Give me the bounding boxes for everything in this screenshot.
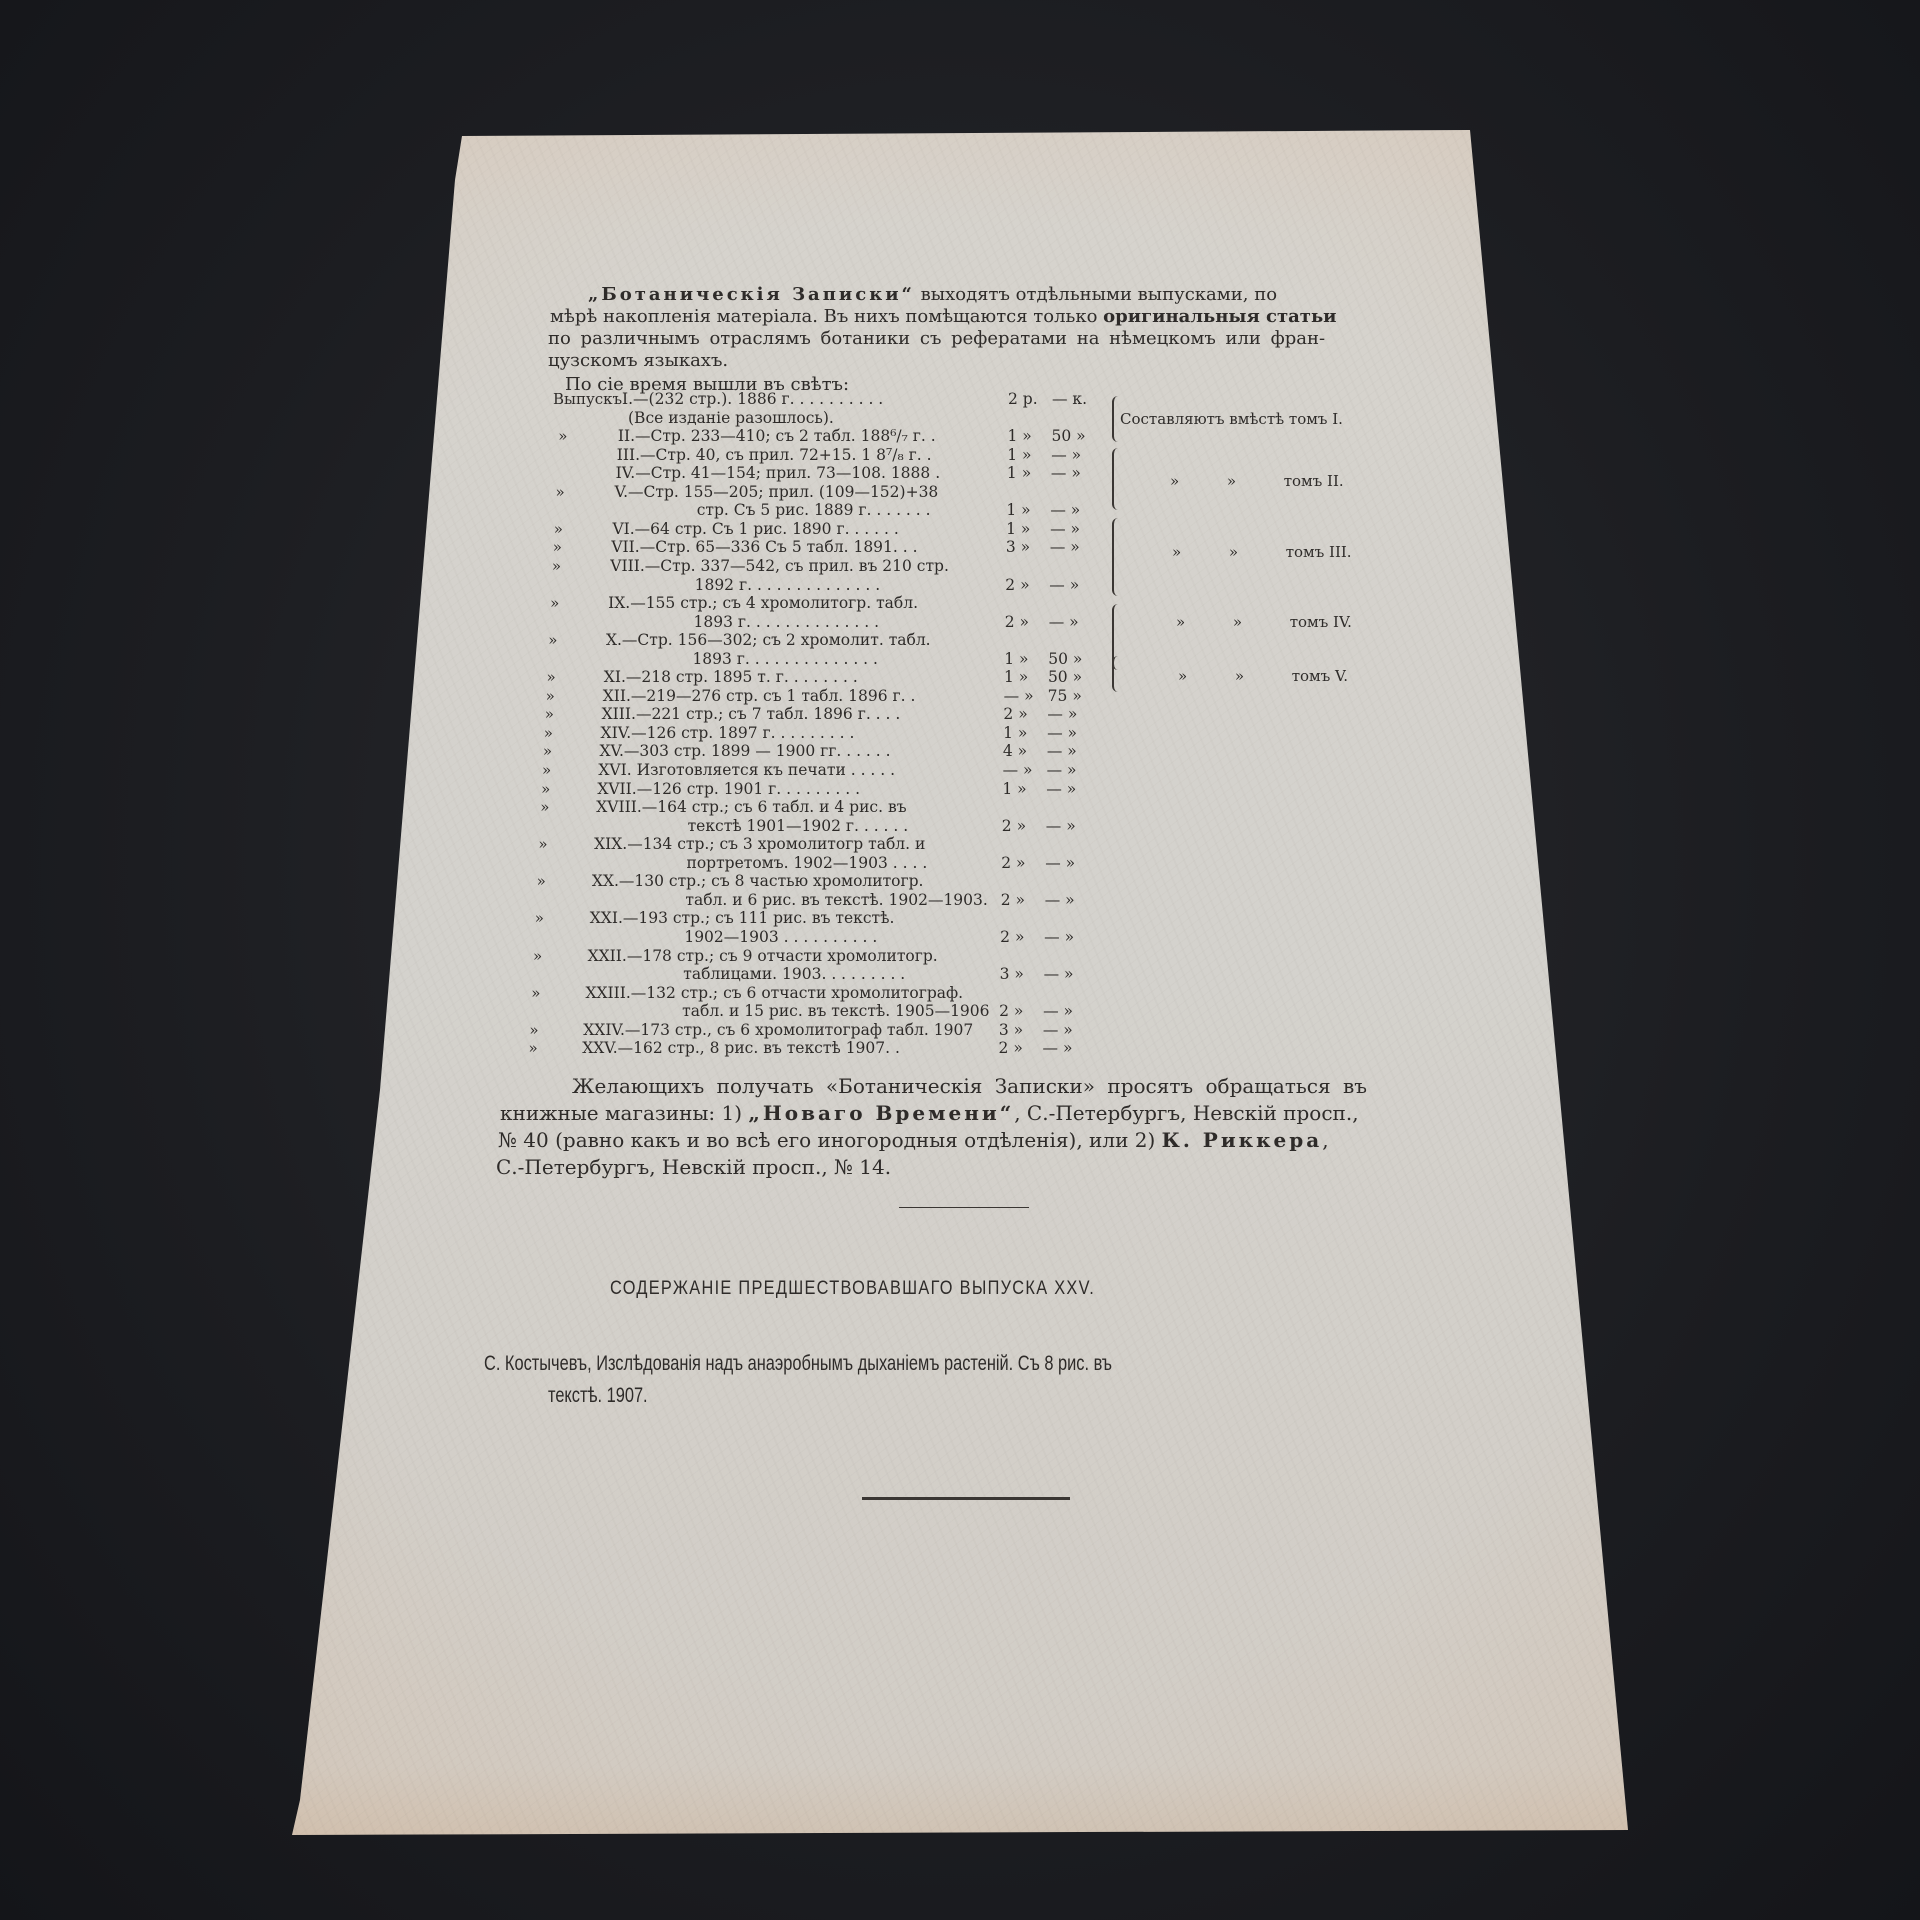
order-line-3: № 40 (равно какъ и во всѣ его иногородны…	[498, 1130, 1329, 1150]
volume-3: » » томъ III.	[1172, 543, 1352, 561]
issue-price-kopecks: — »	[1047, 744, 1077, 760]
issue-price-rubles: 2 »	[1001, 893, 1025, 909]
issue-lead: »	[533, 949, 542, 964]
issue-price-rubles: 1 »	[1006, 522, 1030, 538]
issue-price-rubles: 3 »	[1006, 540, 1030, 556]
issue-price-kopecks: — »	[1047, 763, 1077, 779]
issue-price-kopecks: 50 »	[1048, 652, 1082, 668]
issue-price-rubles: 2 »	[999, 1004, 1023, 1020]
issue-price-kopecks: — »	[1050, 540, 1080, 556]
volume-5: » » томъ V.	[1178, 667, 1348, 685]
issue-price-rubles: 1 »	[1006, 503, 1030, 519]
issue-price-rubles: 2 »	[999, 1041, 1023, 1057]
issue-description: табл. и 6 рис. въ текстѣ. 1902—1903.	[685, 893, 987, 909]
intro-line-3: по различнымъ отраслямъ ботаники съ рефе…	[548, 330, 1325, 348]
intro-line-4: цузскомъ языкахъ.	[548, 352, 728, 370]
novoe-vremya: „Новаго Времени“	[748, 1101, 1014, 1125]
issue-price-kopecks: — к.	[1052, 392, 1087, 408]
issue-price-kopecks: 50 »	[1051, 429, 1085, 445]
brace-vol-1	[1112, 396, 1120, 442]
issue-price-kopecks: — »	[1043, 1004, 1073, 1020]
issue-price-kopecks: — »	[1049, 615, 1079, 631]
issue-lead: »	[548, 633, 557, 648]
divider-short	[899, 1207, 1029, 1208]
issue-description: IV.—Стр. 41—154; прил. 73—108. 1888 .	[616, 466, 940, 482]
issue-description: XVI. Изготовляется къ печати . . . . .	[598, 763, 895, 779]
brace-vol-3	[1112, 518, 1120, 596]
issue-price-kopecks: — »	[1050, 503, 1080, 519]
issue-price-rubles: 2 »	[1001, 856, 1025, 872]
issue-price-rubles: 1 »	[1007, 429, 1031, 445]
issue-description: VIII.—Стр. 337—542, съ прил. въ 210 стр.	[610, 559, 949, 575]
issue-lead: »	[553, 540, 562, 555]
issue-lead: »	[540, 800, 549, 815]
issue-price-kopecks: — »	[1049, 578, 1079, 594]
issue-lead: »	[547, 670, 556, 685]
issue-price-rubles: 1 »	[1004, 652, 1028, 668]
issue-description: XII.—219—276 стр. съ 1 табл. 1896 г. .	[603, 689, 916, 705]
issue-description: XVII.—126 стр. 1901 г. . . . . . . . .	[597, 782, 860, 798]
issue-description: XIV.—126 стр. 1897 г. . . . . . . . .	[601, 726, 855, 742]
issue-description: текстѣ 1901—1902 г. . . . . .	[688, 819, 909, 835]
issue-price-rubles: 2 р.	[1008, 392, 1038, 408]
order-line-2: книжные магазины: 1) „Новаго Времени“, С…	[500, 1103, 1359, 1123]
issue-lead: »	[538, 837, 547, 852]
issue-price-rubles: 2 »	[1000, 930, 1024, 946]
issue-price-rubles: 2 »	[1005, 578, 1029, 594]
divider-end	[862, 1497, 1070, 1500]
issue-description: X.—Стр. 156—302; съ 2 хромолит. табл.	[606, 633, 931, 649]
issue-price-rubles: 1 »	[1002, 782, 1026, 798]
issue-description: IX.—155 стр.; съ 4 хромолитогр. табл.	[608, 596, 918, 612]
toc-entry-line-2: текстѣ. 1907.	[548, 1385, 648, 1406]
issue-description: XXIV.—173 стр., съ 6 хромолитограф табл.…	[583, 1023, 973, 1039]
issue-lead: »	[556, 485, 565, 500]
issue-description: 1893 г. . . . . . . . . . . . . .	[692, 652, 878, 668]
issue-description: таблицами. 1903. . . . . . . . .	[683, 967, 905, 983]
issue-price-kopecks: — »	[1046, 819, 1076, 835]
issue-price-kopecks: — »	[1045, 856, 1075, 872]
issue-price-kopecks: 50 »	[1048, 670, 1082, 686]
issue-description: XIX.—134 стр.; съ 3 хромолитогр табл. и	[594, 837, 925, 853]
issue-price-rubles: 1 »	[1007, 448, 1031, 464]
issue-lead: »	[546, 689, 555, 704]
issue-description: (Все изданіе разошлось).	[628, 411, 834, 427]
issue-description: XI.—218 стр. 1895 т. г. . . . . . . .	[604, 670, 858, 686]
issue-lead: »	[545, 707, 554, 722]
issue-price-rubles: 2 »	[1002, 819, 1026, 835]
issue-lead: Выпускъ	[553, 392, 622, 407]
issue-price-kopecks: — »	[1044, 930, 1074, 946]
issue-description: I.—(232 стр.). 1886 г. . . . . . . . . .	[622, 392, 883, 408]
issue-description: VII.—Стр. 65—336 Съ 5 табл. 1891. . .	[611, 540, 917, 556]
issue-lead: »	[529, 1023, 538, 1038]
brace-vol-2	[1112, 448, 1120, 510]
volume-2: » » томъ II.	[1170, 472, 1344, 490]
previous-issue-heading: СОДЕРЖАНІЕ ПРЕДШЕСТВОВАВШАГО ВЫПУСКА XXV…	[610, 1279, 1095, 1298]
issue-description: XXII.—178 стр.; съ 9 отчасти хромолитогр…	[588, 949, 938, 965]
intro-line-2: мѣрѣ накопленія матеріала. Въ нихъ помѣщ…	[550, 308, 1337, 326]
issue-price-kopecks: — »	[1045, 893, 1075, 909]
issue-price-rubles: 2 »	[1003, 707, 1027, 723]
issue-description: XXIII.—132 стр.; съ 6 отчасти хромолитог…	[585, 986, 963, 1002]
issue-price-rubles: — »	[1003, 763, 1033, 779]
issue-price-rubles: 4 »	[1003, 744, 1027, 760]
issue-lead: »	[558, 429, 567, 444]
issue-lead: »	[529, 1041, 538, 1056]
issue-lead: »	[554, 522, 563, 537]
issue-description: III.—Стр. 40, съ прил. 72+15. 1 8⁷/₈ г. …	[617, 448, 932, 464]
issue-price-kopecks: — »	[1044, 967, 1074, 983]
issue-description: портретомъ. 1902—1903 . . . .	[687, 856, 928, 872]
issue-description: 1902—1903 . . . . . . . . . .	[684, 930, 877, 946]
issue-lead: »	[537, 874, 546, 889]
issue-price-rubles: — »	[1004, 689, 1034, 705]
issue-lead: »	[535, 911, 544, 926]
issue-price-kopecks: — »	[1051, 466, 1081, 482]
intro-line-1: „Ботаническія Записки“ выходятъ отдѣльны…	[588, 286, 1277, 304]
issue-lead: »	[542, 763, 551, 778]
order-line-1: Желающихъ получать «Ботаническія Записки…	[572, 1076, 1367, 1096]
issue-description: XV.—303 стр. 1899 — 1900 гг. . . . . .	[599, 744, 890, 760]
issue-description: табл. и 15 рис. въ текстѣ. 1905—1906	[682, 1004, 989, 1020]
journal-title: „Ботаническія Записки“	[588, 284, 915, 305]
issue-description: стр. Съ 5 рис. 1889 г. . . . . . .	[697, 503, 931, 519]
issue-price-rubles: 1 »	[1003, 726, 1027, 742]
rikker: К. Риккера	[1162, 1128, 1323, 1152]
toc-entry-line-1: С. Костычевъ, Изслѣдованія надъ анаэробн…	[484, 1353, 1112, 1374]
issue-price-rubles: 2 »	[1005, 615, 1029, 631]
issue-price-rubles: 3 »	[1000, 967, 1024, 983]
issue-lead: »	[541, 782, 550, 797]
issue-price-rubles: 3 »	[999, 1023, 1023, 1039]
issue-description: 1893 г. . . . . . . . . . . . . .	[694, 615, 880, 631]
issue-lead: »	[552, 559, 561, 574]
brace-vol-5	[1112, 656, 1120, 692]
issue-price-kopecks: — »	[1051, 448, 1081, 464]
issue-price-kopecks: — »	[1046, 782, 1076, 798]
issue-lead: »	[544, 726, 553, 741]
issue-lead: »	[550, 596, 559, 611]
issue-description: XIII.—221 стр.; съ 7 табл. 1896 г. . . .	[602, 707, 901, 723]
issue-lead: »	[531, 986, 540, 1001]
issue-price-kopecks: — »	[1050, 522, 1080, 538]
issue-price-kopecks: — »	[1047, 726, 1077, 742]
issue-lead: »	[543, 744, 552, 759]
issue-description: II.—Стр. 233—410; съ 2 табл. 188⁶/₇ г. .	[618, 429, 936, 445]
issue-description: VI.—64 стр. Съ 1 рис. 1890 г. . . . . .	[612, 522, 898, 538]
issue-description: 1892 г. . . . . . . . . . . . . .	[695, 578, 881, 594]
issue-price-kopecks: 75 »	[1048, 689, 1082, 705]
bold-original: оригинальныя статьи	[1103, 306, 1336, 327]
volume-1: Составляютъ вмѣстѣ томъ I.	[1120, 410, 1343, 428]
issue-description: XX.—130 стр.; съ 8 частью хромолитогр.	[592, 874, 924, 890]
issue-description: XXI.—193 стр.; съ 111 рис. въ текстѣ.	[590, 911, 895, 927]
issue-price-kopecks: — »	[1043, 1041, 1073, 1057]
volume-4: » » томъ IV.	[1176, 613, 1352, 631]
issue-price-kopecks: — »	[1043, 1023, 1073, 1039]
issue-description: V.—Стр. 155—205; прил. (109—152)+38	[615, 485, 939, 501]
issue-price-rubles: 1 »	[1007, 466, 1031, 482]
order-line-4: С.-Петербургъ, Невскій просп., № 14.	[496, 1157, 891, 1177]
issue-description: XVIII.—164 стр.; съ 6 табл. и 4 рис. въ	[596, 800, 906, 816]
issue-description: XXV.—162 стр., 8 рис. въ текстѣ 1907. .	[582, 1041, 900, 1057]
issue-price-kopecks: — »	[1047, 707, 1077, 723]
issue-price-rubles: 1 »	[1004, 670, 1028, 686]
